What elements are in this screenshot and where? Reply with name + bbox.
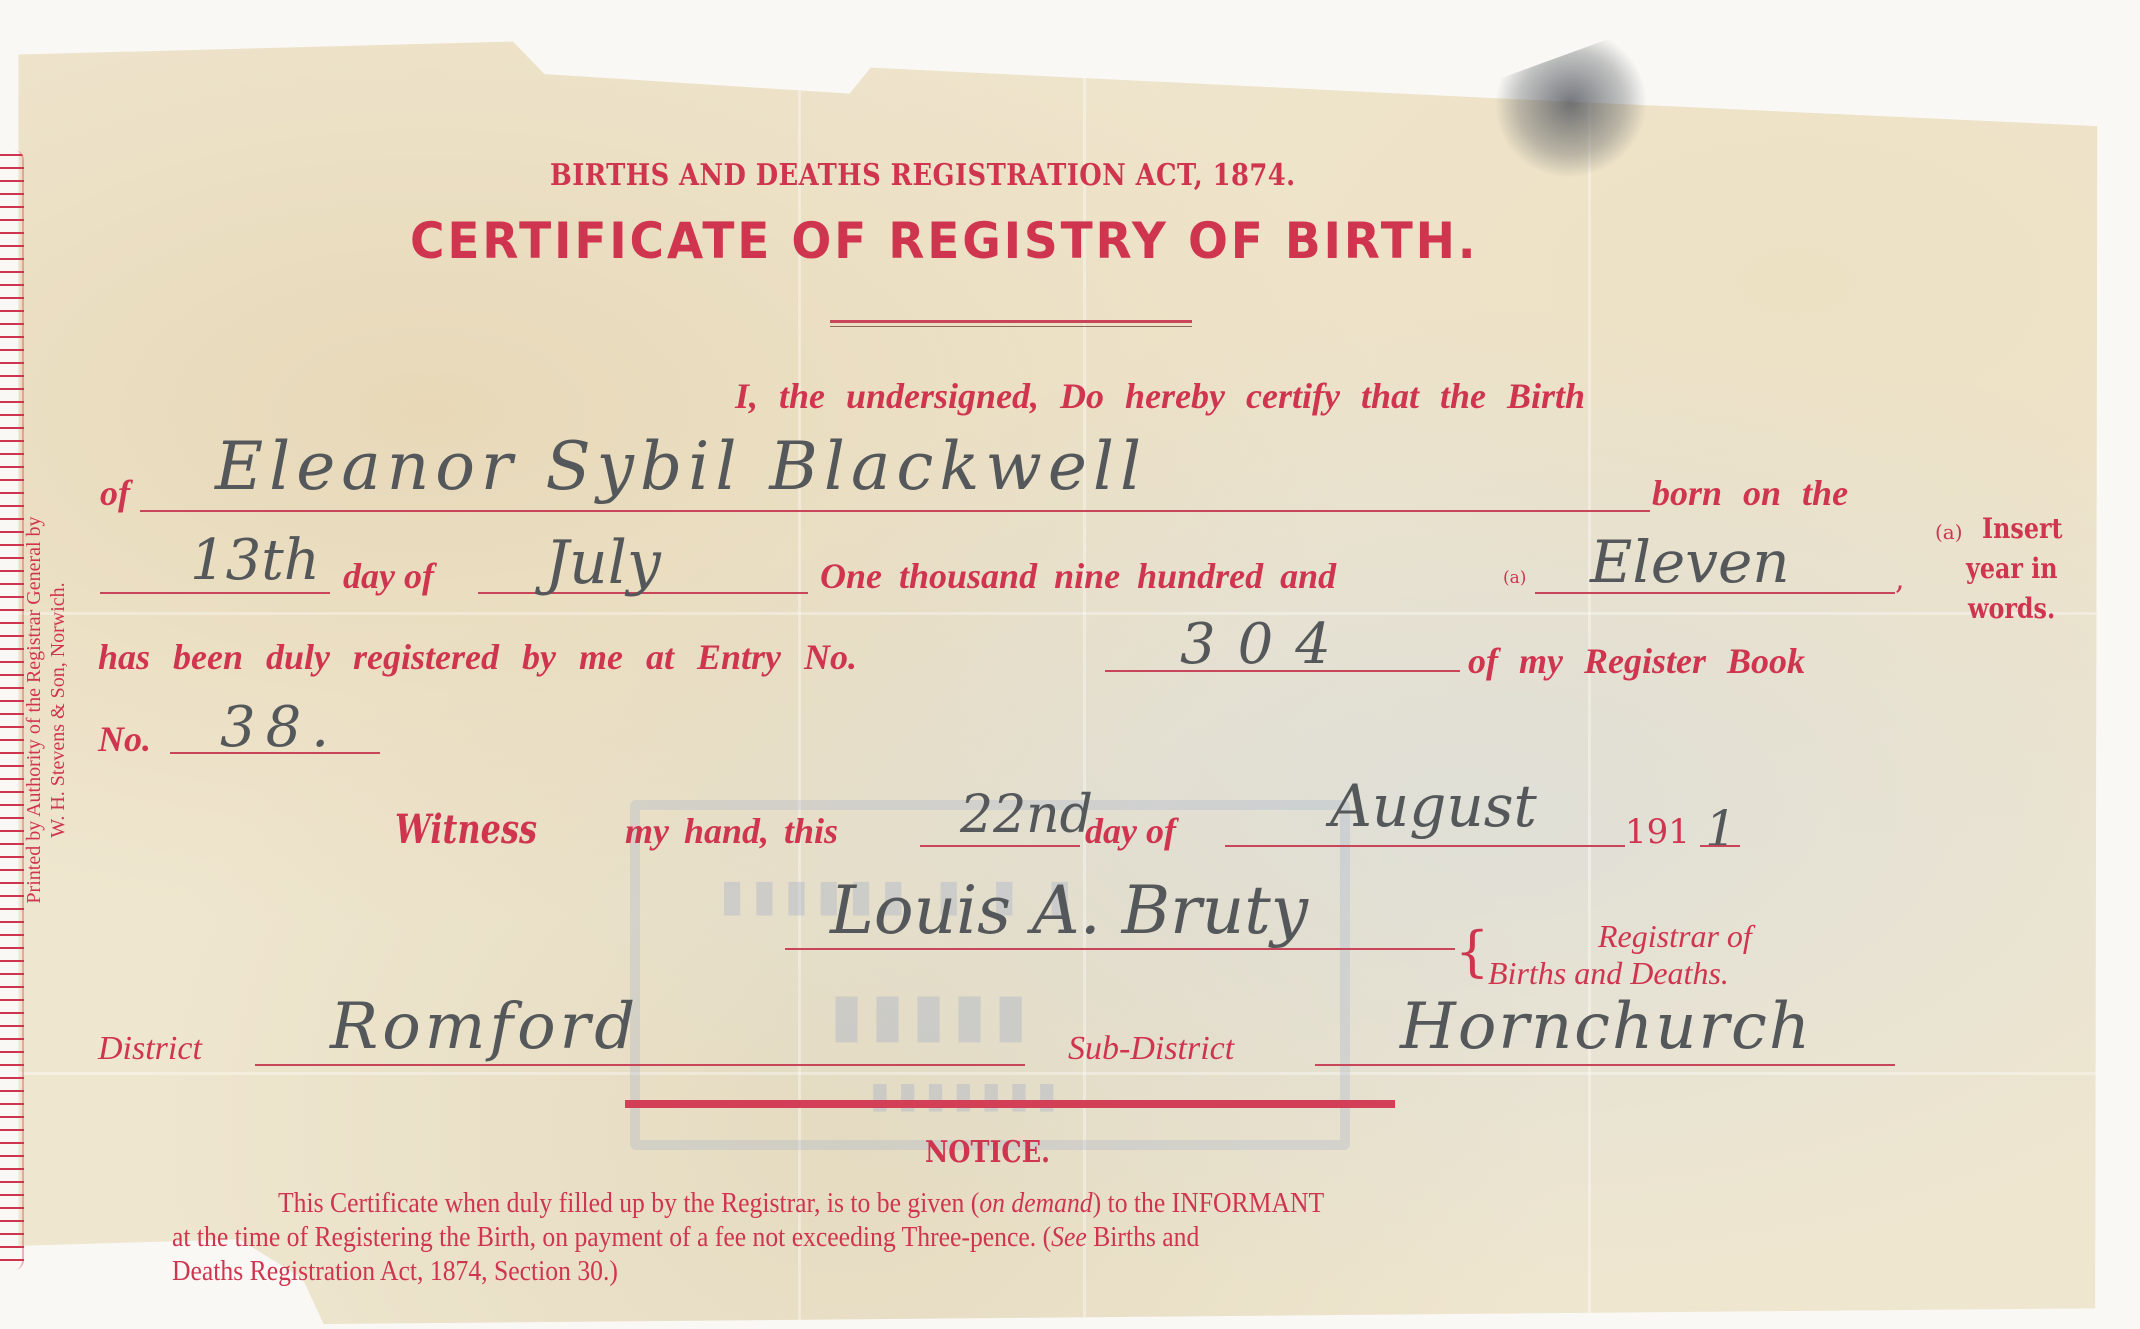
certificate-title: CERTIFICATE OF REGISTRY OF BIRTH. [410, 212, 1478, 270]
birth-year-field: Eleven [1590, 528, 1790, 596]
name-field-line [140, 510, 1650, 512]
year-prefix-text: One thousand nine hundred and [820, 555, 1336, 597]
birth-month-field: July [545, 528, 661, 598]
registrar-title-line-1: Registrar of [1598, 918, 1752, 955]
district-field: Romford [330, 990, 639, 1064]
registrar-signature: Louis A. Bruty [830, 872, 1308, 949]
subdistrict-field-line [1315, 1064, 1895, 1066]
witness-year-field-line [1700, 845, 1740, 847]
witness-year-printed: 191 [1625, 812, 1690, 852]
notice-text: Births and [1087, 1222, 1200, 1253]
side-note-marker: (a) [1935, 520, 1963, 544]
book-number-field: 38. [220, 695, 339, 760]
notice-text: This Certificate when duly filled up by … [278, 1188, 979, 1219]
brace: { [1455, 925, 1489, 979]
day-of-label: day of [343, 555, 434, 597]
notice-emphasis: See [1051, 1222, 1087, 1253]
notice-text: ) to the INFORMANT [1093, 1188, 1325, 1219]
stamp-text: ▮▮▮▮▮▮▮ [870, 1075, 1065, 1116]
witness-month-field-line [1225, 845, 1625, 847]
notice-text: at the time of Registering the Birth, on… [172, 1222, 1051, 1253]
notice-line-2: at the time of Registering the Birth, on… [172, 1222, 1199, 1254]
side-note-line-1: Insert [1982, 512, 2063, 545]
subdistrict-label: Sub-District [1068, 1030, 1234, 1068]
registered-text: has been duly registered by me at Entry … [98, 636, 857, 678]
witness-day-field: 22nd [960, 785, 1093, 845]
birth-day-field: 13th [190, 528, 320, 593]
witness-day-field-line [920, 845, 1080, 847]
witness-label: Witness [395, 806, 537, 853]
side-note-line-3: words. [1968, 592, 2055, 625]
printer-line-1: Printed by Authority of the Registrar Ge… [22, 420, 46, 1000]
registrar-title-line-2: Births and Deaths. [1488, 955, 1729, 992]
title-underline [830, 320, 1192, 323]
child-name-field: Eleanor Sybil Blackwell [215, 428, 1147, 505]
notice-line-1: This Certificate when duly filled up by … [278, 1188, 1324, 1220]
notice-line-3: Deaths Registration Act, 1874, Section 3… [172, 1256, 618, 1288]
district-label: District [98, 1030, 202, 1068]
book-no-label: No. [98, 718, 151, 760]
born-on-label: born on the [1652, 472, 1848, 514]
faded-blue-stamp: ▮▮▮▮▮▮ ▮ ▮ ▮ ▮▮▮▮▮ ▮▮▮▮▮▮▮ [630, 800, 1350, 1150]
stamp-text: ▮▮▮▮▮ [830, 980, 1035, 1050]
printer-line-2: W. H. Stevens & Son, Norwich. [46, 420, 70, 1000]
perforated-edge-border [0, 150, 24, 1270]
witness-year-handwritten: 1 [1705, 800, 1737, 858]
witness-text: my hand, this [625, 810, 838, 852]
subdistrict-field: Hornchurch [1400, 990, 1812, 1064]
side-note-line-2: year in [1966, 552, 2058, 585]
register-book-text: of my Register Book [1468, 640, 1805, 682]
title-underline [830, 326, 1192, 327]
witness-month-field: August [1330, 772, 1537, 840]
certify-text: I, the undersigned, Do hereby certify th… [735, 375, 1585, 417]
of-label: of [100, 472, 130, 514]
notice-heading: NOTICE. [925, 1135, 1050, 1170]
witness-day-of-label: day of [1085, 810, 1176, 852]
entry-number-field: 304 [1180, 612, 1353, 677]
year-note-marker: (a) [1503, 568, 1526, 588]
fold-crease [8, 612, 2112, 615]
comma: , [1895, 562, 1905, 597]
act-title: BIRTHS AND DEATHS REGISTRATION ACT, 1874… [550, 158, 1296, 193]
section-divider [625, 1100, 1395, 1108]
district-field-line [255, 1064, 1025, 1066]
notice-emphasis: on demand [979, 1188, 1092, 1219]
printer-credit: Printed by Authority of the Registrar Ge… [22, 420, 70, 1000]
